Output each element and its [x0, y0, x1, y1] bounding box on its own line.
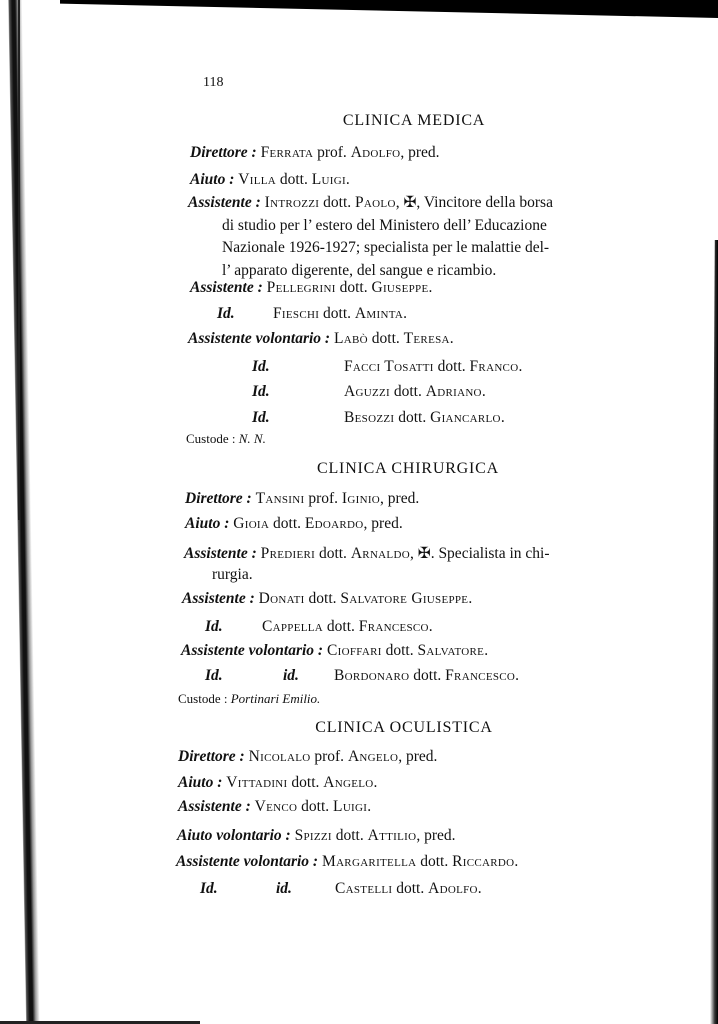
continuation-line: rurgia. [184, 564, 614, 585]
surname: Labò [334, 330, 368, 347]
entry-id-name: Cappella dott. Francesco. [262, 617, 433, 637]
given-name: Adolfo [351, 144, 401, 161]
given-name: Luigi [312, 171, 346, 188]
role-label-sub: id. [276, 880, 292, 897]
surname: Margaritella [322, 853, 416, 870]
scan-border-right [710, 240, 718, 1024]
title: dott. [340, 279, 368, 296]
entry-id: Id. [205, 666, 223, 686]
suffix: , ✠. Specialista in chi- [410, 545, 550, 562]
title: dott. [420, 853, 448, 870]
given-name: Giuseppe [371, 279, 428, 296]
role-label: Aiuto : [178, 774, 222, 791]
entry-assistente-volontario: Assistente volontario : Cioffari dott. S… [181, 641, 488, 661]
title: dott. [336, 827, 364, 844]
role-label: Assistente volontario : [181, 642, 323, 659]
given-name: Angelo [348, 748, 398, 765]
custode-value: Portinari Emilio. [231, 691, 321, 706]
suffix: . [501, 409, 505, 426]
entry-id: Id. [252, 408, 270, 428]
entry-aiuto: Aiuto : Vittadini dott. Angelo. [178, 773, 377, 793]
role-label: Assistente : [182, 590, 255, 607]
surname: Nicolalo [249, 748, 311, 765]
given-name: Arnaldo [351, 545, 410, 562]
title: dott. [291, 774, 319, 791]
entry-assistente-introzzi: Assistente : Introzzi dott. Paolo, ✠, Vi… [188, 192, 618, 282]
suffix: , ✠, Vincitore della borsa [396, 194, 553, 211]
entry-id-sub: id. [283, 666, 299, 686]
surname: Fieschi [273, 305, 319, 322]
role-label: Aiuto : [190, 171, 234, 188]
surname: Cappella [262, 618, 323, 635]
role-label: Assistente volontario : [176, 853, 318, 870]
surname: Gioia [233, 515, 269, 532]
suffix: , pred. [380, 490, 419, 507]
page-number: 118 [203, 75, 223, 91]
title: dott. [413, 667, 441, 684]
surname: Villa [238, 171, 276, 188]
suffix: . [518, 358, 522, 375]
entry-id: Id. [217, 304, 235, 324]
entry-assistente: Assistente : Pellegrini dott. Giuseppe. [190, 278, 432, 298]
role-label: Direttore : [190, 144, 257, 161]
section-title-clinica-chirurgica: CLINICA CHIRURGICA [0, 460, 718, 478]
suffix: . [478, 880, 482, 897]
given-name: Salvatore Giuseppe [340, 590, 468, 607]
role-label: Direttore : [178, 748, 245, 765]
entry-id-name: Bordonaro dott. Francesco. [334, 666, 519, 686]
surname: Venco [255, 798, 298, 815]
suffix: . [428, 279, 432, 296]
suffix: , pred. [400, 144, 439, 161]
role-label: Id. [205, 667, 223, 684]
section-title-clinica-medica: CLINICA MEDICA [0, 112, 718, 130]
suffix: . [482, 383, 486, 400]
suffix: . [346, 171, 350, 188]
surname: Spizzi [295, 827, 332, 844]
entry-aiuto: Aiuto : Villa dott. Luigi. [190, 170, 350, 190]
custode-label: Custode : [178, 691, 227, 706]
given-name: Attilio [368, 827, 417, 844]
given-name: Adolfo [428, 880, 478, 897]
title: prof. [314, 748, 344, 765]
role-label-sub: id. [283, 667, 299, 684]
title: prof. [317, 144, 347, 161]
title: dott. [327, 618, 355, 635]
given-name: Franco [470, 358, 519, 375]
role-label: Id. [200, 880, 218, 897]
surname: Donati [259, 590, 305, 607]
role-label: Id. [252, 383, 270, 400]
entry-assistente: Assistente : Donati dott. Salvatore Gius… [182, 589, 472, 609]
surname: Vittadini [226, 774, 287, 791]
role-label: Id. [252, 358, 270, 375]
suffix: , pred. [364, 515, 403, 532]
entry-id-name: Besozzi dott. Giancarlo. [344, 408, 505, 428]
surname: Facci Tosatti [344, 358, 434, 375]
suffix: . [374, 774, 378, 791]
title: dott. [309, 590, 337, 607]
continuation-line: di studio per l’ estero del Ministero de… [188, 215, 618, 238]
given-name: Aminta [355, 305, 403, 322]
suffix: . [468, 590, 472, 607]
surname: Tansini [256, 490, 305, 507]
entry-assistente-volontario: Assistente volontario : Margaritella dot… [176, 852, 518, 872]
role-label: Id. [217, 305, 235, 322]
role-label: Assistente : [190, 279, 263, 296]
given-name: Edoardo [305, 515, 364, 532]
title: dott. [372, 330, 400, 347]
title: dott. [396, 880, 424, 897]
suffix: , pred. [416, 827, 455, 844]
role-label: Id. [205, 618, 223, 635]
given-name: Iginio [342, 490, 380, 507]
entry-id: Id. [200, 879, 218, 899]
entry-assistente: Assistente : Venco dott. Luigi. [178, 797, 371, 817]
title: dott. [398, 409, 426, 426]
scan-border-left-inner [18, 0, 20, 520]
title: dott. [323, 305, 351, 322]
entry-aiuto: Aiuto : Gioia dott. Edoardo, pred. [185, 514, 403, 534]
role-label: Assistente : [188, 194, 261, 211]
surname: Castelli [335, 880, 392, 897]
section-title-clinica-oculistica: CLINICA OCULISTICA [0, 719, 718, 737]
surname: Pellegrini [267, 279, 336, 296]
role-label: Assistente : [184, 545, 257, 562]
title: dott. [319, 545, 347, 562]
given-name: Francesco [359, 618, 429, 635]
entry-id-sub: id. [276, 879, 292, 899]
role-label: Aiuto volontario : [177, 827, 291, 844]
title: dott. [438, 358, 466, 375]
entry-assistente-volontario: Assistente volontario : Labò dott. Teres… [188, 329, 454, 349]
given-name: Francesco [445, 667, 515, 684]
given-name: Giancarlo [430, 409, 501, 426]
title: dott. [280, 171, 308, 188]
title: dott. [386, 642, 414, 659]
surname: Aguzzi [344, 383, 390, 400]
suffix: . [484, 642, 488, 659]
suffix: . [515, 667, 519, 684]
title: dott. [273, 515, 301, 532]
continuation-line: Nazionale 1926-1927; specialista per le … [188, 237, 618, 260]
custode: Custode : Portinari Emilio. [178, 689, 320, 709]
role-label: Direttore : [185, 490, 252, 507]
custode: Custode : N. N. [186, 429, 266, 449]
role-label: Aiuto : [185, 515, 229, 532]
surname: Bordonaro [334, 667, 409, 684]
title: dott. [394, 383, 422, 400]
given-name: Riccardo [452, 853, 514, 870]
given-name: Salvatore [417, 642, 484, 659]
surname: Ferrata [261, 144, 314, 161]
title: dott. [301, 798, 329, 815]
entry-aiuto-volontario: Aiuto volontario : Spizzi dott. Attilio,… [177, 826, 456, 846]
surname: Besozzi [344, 409, 394, 426]
given-name: Adriano [426, 383, 482, 400]
given-name: Angelo [323, 774, 373, 791]
entry-direttore: Direttore : Tansini prof. Iginio, pred. [185, 489, 419, 509]
suffix: . [403, 305, 407, 322]
suffix: , pred. [398, 748, 437, 765]
scan-border-top [60, 0, 718, 18]
role-label: Assistente : [178, 798, 251, 815]
entry-id-name: Castelli dott. Adolfo. [335, 879, 482, 899]
given-name: Teresa [404, 330, 450, 347]
entry-assistente-predieri: Assistente : Predieri dott. Arnaldo, ✠. … [184, 543, 614, 585]
suffix: . [514, 853, 518, 870]
surname: Predieri [261, 545, 315, 562]
role-label: Assistente volontario : [188, 330, 330, 347]
entry-id-name: Fieschi dott. Aminta. [273, 304, 407, 324]
entry-id-name: Aguzzi dott. Adriano. [344, 382, 486, 402]
custode-label: Custode : [186, 431, 235, 446]
suffix: . [367, 798, 371, 815]
given-name: Paolo [355, 194, 396, 211]
surname: Cioffari [327, 642, 382, 659]
entry-id: Id. [252, 357, 270, 377]
suffix: . [429, 618, 433, 635]
entry-id: Id. [252, 382, 270, 402]
entry-direttore: Direttore : Ferrata prof. Adolfo, pred. [190, 143, 440, 163]
surname: Introzzi [265, 194, 320, 211]
title: prof. [308, 490, 338, 507]
entry-direttore: Direttore : Nicolalo prof. Angelo, pred. [178, 747, 437, 767]
given-name: Luigi [333, 798, 367, 815]
entry-id-name: Facci Tosatti dott. Franco. [344, 357, 522, 377]
suffix: . [450, 330, 454, 347]
entry-id: Id. [205, 617, 223, 637]
title: dott. [323, 194, 351, 211]
role-label: Id. [252, 409, 270, 426]
custode-value: N. N. [239, 431, 266, 446]
